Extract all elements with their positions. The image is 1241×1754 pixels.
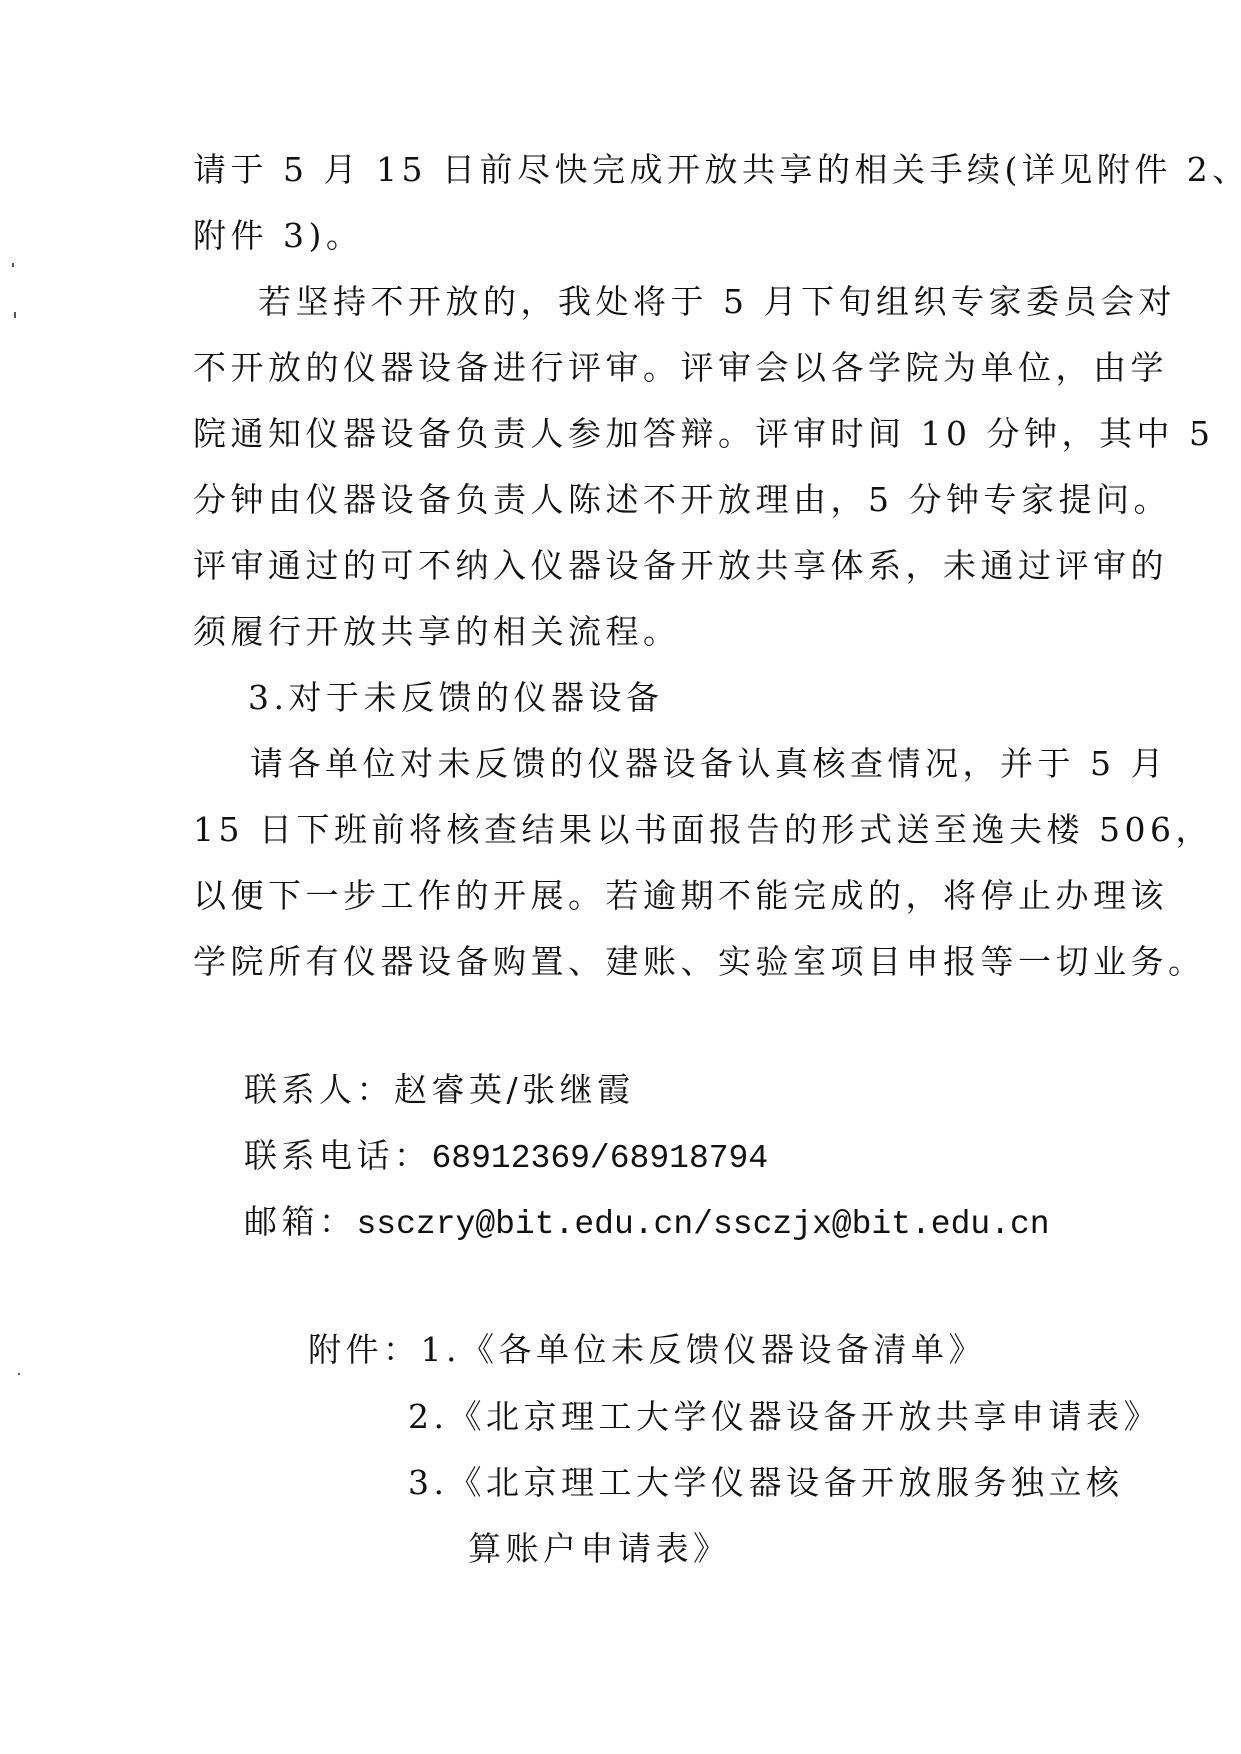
attachment-title: 1.《各单位未反馈仪器设备清单》 bbox=[421, 1330, 987, 1369]
body-text-line: 以便下一步工作的开展。若逾期不能完成的，将停止办理该 bbox=[193, 876, 1168, 916]
body-text-line: 不开放的仪器设备进行评审。评审会以各学院为单位，由学 bbox=[193, 348, 1168, 388]
attachment-item-1: 附件：1.《各单位未反馈仪器设备清单》 bbox=[308, 1330, 986, 1370]
body-text-line: 评审通过的可不纳入仪器设备开放共享体系，未通过评审的 bbox=[193, 546, 1168, 586]
scan-margin-mark bbox=[12, 263, 14, 267]
body-text-line: 学院所有仪器设备购置、建账、实验室项目申报等一切业务。 bbox=[193, 942, 1206, 982]
contact-person: 联系人：赵睿英/张继霞 bbox=[244, 1070, 635, 1110]
attachment-item-3: 3.《北京理工大学仪器设备开放服务独立核 bbox=[408, 1463, 1124, 1503]
document-page: 请于 5 月 15 日前尽快完成开放共享的相关手续(详见附件 2、 附件 3)。… bbox=[0, 0, 1241, 1754]
contact-email-label: 邮箱： bbox=[244, 1202, 357, 1241]
contact-person-value: 赵睿英/张继霞 bbox=[394, 1070, 635, 1109]
contact-email: 邮箱：ssczry@bit.edu.cn/ssczjx@bit.edu.cn bbox=[244, 1202, 1050, 1245]
contact-phone: 联系电话：68912369/68918794 bbox=[244, 1136, 768, 1179]
contact-email-value[interactable]: ssczry@bit.edu.cn/ssczjx@bit.edu.cn bbox=[357, 1206, 1050, 1243]
contact-person-label: 联系人： bbox=[244, 1070, 394, 1109]
attachments-label: 附件： bbox=[308, 1330, 421, 1369]
body-text-line: 须履行开放共享的相关流程。 bbox=[193, 612, 681, 652]
scan-margin-mark bbox=[14, 312, 16, 318]
body-text-line: 院通知仪器设备负责人参加答辩。评审时间 10 分钟，其中 5 bbox=[193, 414, 1214, 454]
body-text-line: 请于 5 月 15 日前尽快完成开放共享的相关手续(详见附件 2、 bbox=[193, 150, 1241, 190]
contact-phone-label: 联系电话： bbox=[244, 1136, 432, 1175]
body-text-line: 附件 3)。 bbox=[193, 216, 363, 256]
contact-phone-value: 68912369/68918794 bbox=[432, 1140, 769, 1177]
body-text-line: 分钟由仪器设备负责人陈述不开放理由，5 分钟专家提问。 bbox=[193, 480, 1171, 520]
body-text-line: 若坚持不开放的，我处将于 5 月下旬组织专家委员会对 bbox=[258, 282, 1176, 322]
body-text-line: 请各单位对未反馈的仪器设备认真核查情况，并于 5 月 bbox=[250, 744, 1168, 784]
body-text-line: 15 日下班前将核查结果以书面报告的形式送至逸夫楼 506， bbox=[193, 810, 1213, 850]
attachment-item-3-continuation: 算账户申请表》 bbox=[468, 1529, 731, 1569]
scan-margin-mark bbox=[18, 1373, 20, 1375]
attachment-item-2: 2.《北京理工大学仪器设备开放共享申请表》 bbox=[408, 1397, 1161, 1437]
section-heading: 3.对于未反馈的仪器设备 bbox=[248, 678, 664, 718]
